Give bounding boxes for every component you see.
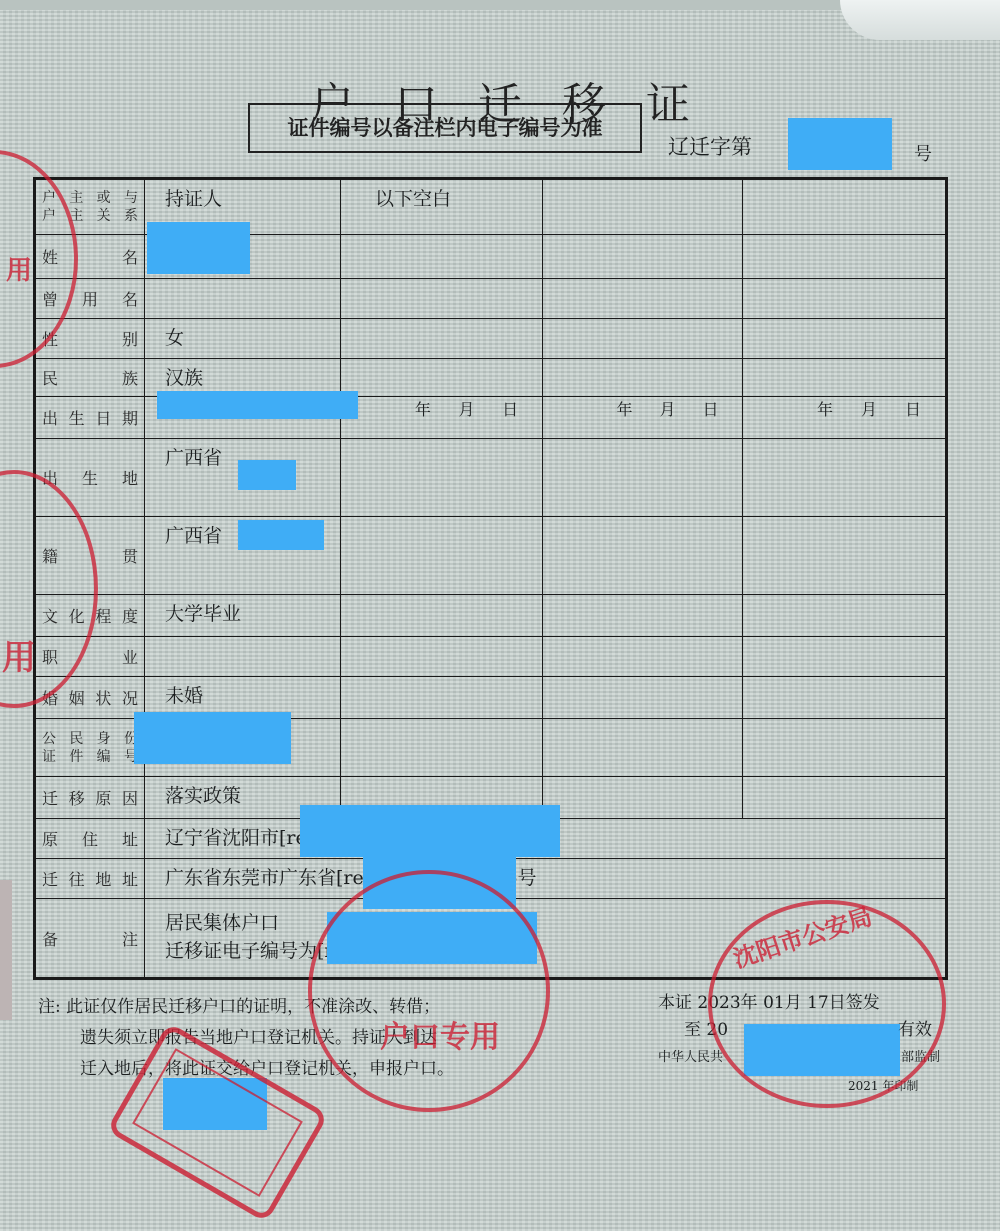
label-former-address: 原住址 bbox=[35, 819, 145, 859]
empty-cell bbox=[743, 777, 947, 819]
empty-cell bbox=[543, 595, 743, 637]
empty-cell bbox=[543, 637, 743, 677]
empty-cell bbox=[543, 517, 743, 595]
certificate-number-notice: 证件编号以备注栏内电子编号为准 bbox=[248, 103, 642, 153]
label-ethnicity: 民族 bbox=[35, 359, 145, 397]
empty-cell bbox=[543, 677, 743, 719]
label-name: 姓名 bbox=[35, 235, 145, 279]
empty-cell bbox=[543, 179, 743, 235]
empty-cell bbox=[341, 319, 543, 359]
empty-cell bbox=[743, 595, 947, 637]
label-former-name: 曾用名 bbox=[35, 279, 145, 319]
empty-cell bbox=[341, 235, 543, 279]
empty-cell bbox=[341, 439, 543, 517]
empty-cell bbox=[341, 279, 543, 319]
redacted-id-number bbox=[134, 712, 291, 764]
redacted-stamp-text bbox=[163, 1078, 267, 1130]
authority-line: 中华人民共部监制 bbox=[658, 1044, 940, 1071]
label-marital-status: 婚姻状况 bbox=[35, 677, 145, 719]
label-id-number: 公民身份证件编号 bbox=[35, 719, 145, 777]
validity-line: 至 20有效 bbox=[658, 1017, 940, 1044]
empty-cell bbox=[341, 719, 543, 777]
table-row: 籍贯 广西省 bbox=[35, 517, 947, 595]
label-occupation: 职业 bbox=[35, 637, 145, 677]
empty-cell bbox=[743, 719, 947, 777]
reference-suffix: 号 bbox=[914, 140, 932, 166]
empty-cell bbox=[743, 517, 947, 595]
label-gender: 性别 bbox=[35, 319, 145, 359]
empty-cell bbox=[743, 359, 947, 397]
redacted-birthplace bbox=[238, 460, 296, 490]
value-gender: 女 bbox=[145, 319, 341, 359]
empty-cell bbox=[743, 179, 947, 235]
empty-cell bbox=[543, 235, 743, 279]
reference-label: 辽迁字第 bbox=[668, 131, 752, 161]
empty-cell bbox=[743, 637, 947, 677]
value-relation-col2: 以下空白 bbox=[341, 179, 543, 235]
empty-cell bbox=[743, 279, 947, 319]
empty-cell bbox=[543, 439, 743, 517]
label-birthplace: 出生地 bbox=[35, 439, 145, 517]
value-remarks: 居民集体户口 迁移证电子编号为[redacted]号码进行核验 bbox=[145, 899, 947, 979]
redacted-birth-date bbox=[157, 391, 358, 419]
empty-cell bbox=[543, 777, 743, 819]
print-year: 2021 年印制 bbox=[848, 1077, 918, 1094]
empty-cell bbox=[543, 359, 743, 397]
empty-cell bbox=[543, 319, 743, 359]
label-native-place: 籍贯 bbox=[35, 517, 145, 595]
label-migration-reason: 迁移原因 bbox=[35, 777, 145, 819]
empty-cell bbox=[145, 637, 341, 677]
empty-cell bbox=[743, 439, 947, 517]
value-education: 大学毕业 bbox=[145, 595, 341, 637]
redacted-reference-number bbox=[788, 118, 892, 170]
empty-cell bbox=[743, 677, 947, 719]
empty-cell bbox=[145, 279, 341, 319]
redacted-native-place bbox=[238, 520, 324, 550]
photo-glare bbox=[840, 0, 1000, 40]
usage-note: 注: 此证仅作居民迁移户口的证明，不准涂改、转借； 遗失须立即报告当地户口登记机… bbox=[38, 992, 454, 1085]
redacted-name bbox=[147, 222, 250, 274]
empty-cell bbox=[543, 719, 743, 777]
label-education: 文化程度 bbox=[35, 595, 145, 637]
empty-cell bbox=[341, 595, 543, 637]
page-edge bbox=[0, 880, 12, 1020]
empty-cell bbox=[341, 517, 543, 595]
date-cell: 年月日 bbox=[341, 397, 543, 439]
redacted-electronic-number bbox=[327, 912, 537, 964]
date-cell: 年月日 bbox=[543, 397, 743, 439]
label-remarks: 备注 bbox=[35, 899, 145, 979]
table-row: 文化程度 大学毕业 bbox=[35, 595, 947, 637]
value-destination-address: 广东省东莞市广东省[redacted]芒中路46号 bbox=[145, 859, 947, 899]
issue-info: 本证 2023年 01月 17日签发 至 20有效 中华人民共部监制 bbox=[658, 990, 940, 1071]
label-birth-date: 出生日期 bbox=[35, 397, 145, 439]
empty-cell bbox=[341, 359, 543, 397]
label-destination-address: 迁往地址 bbox=[35, 859, 145, 899]
empty-cell bbox=[341, 637, 543, 677]
date-cell: 年月日 bbox=[743, 397, 947, 439]
table-row: 性别 女 bbox=[35, 319, 947, 359]
empty-cell bbox=[743, 319, 947, 359]
empty-cell bbox=[743, 235, 947, 279]
label-relation: 户主或与户主关系 bbox=[35, 179, 145, 235]
redacted-destination-address bbox=[363, 857, 516, 909]
empty-cell bbox=[341, 677, 543, 719]
table-row: 出生地 广西省 bbox=[35, 439, 947, 517]
table-row: 曾用名 bbox=[35, 279, 947, 319]
redacted-former-address bbox=[300, 805, 560, 857]
issue-date: 本证 2023年 01月 17日签发 bbox=[658, 990, 940, 1017]
table-row: 职业 bbox=[35, 637, 947, 677]
empty-cell bbox=[543, 279, 743, 319]
